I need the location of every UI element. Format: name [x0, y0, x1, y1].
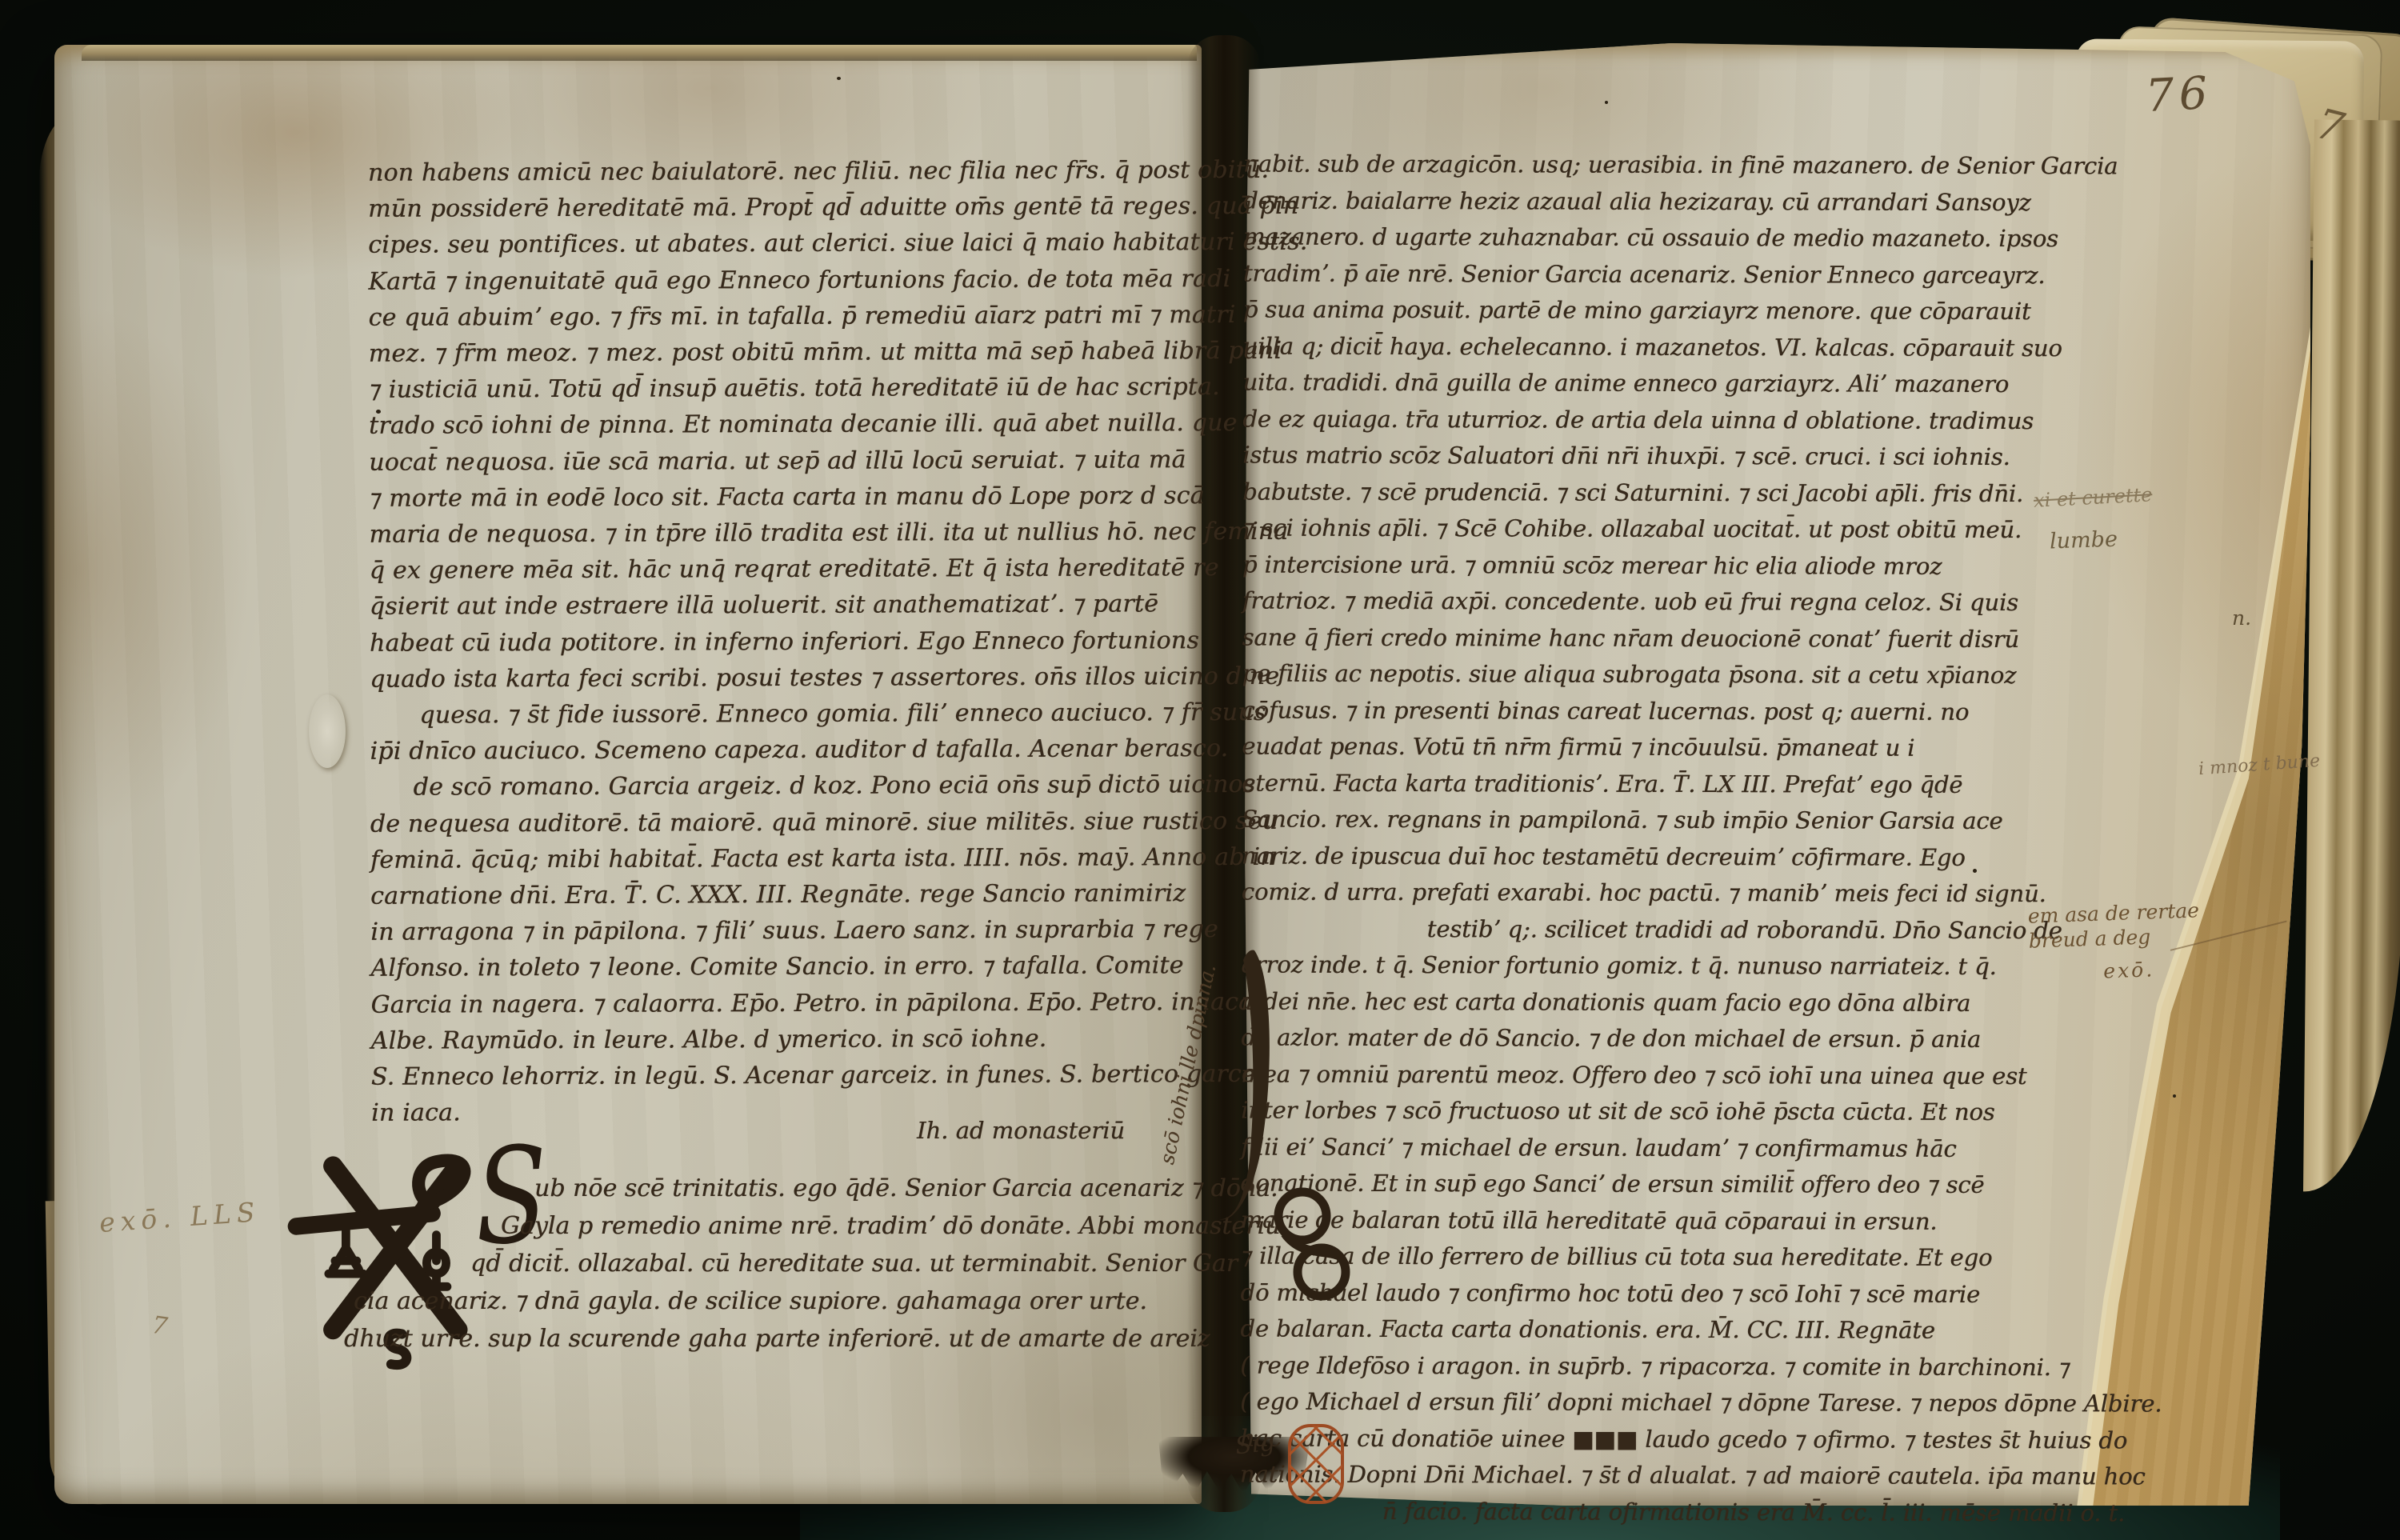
manuscript-text-line: de nequesa auditorē. tā maiorē. quā mino… — [370, 803, 1194, 842]
manuscript-text-line: Garcia in nagera. ⁊ calaorra. Ep̄o. Petr… — [371, 984, 1195, 1023]
manuscript-text-line: Gayla p remedio anime nrē. tradimʼ dō do… — [501, 1207, 1200, 1245]
manuscript-text-line: ( ego Michael d ersun filiʼ dopni michae… — [1240, 1384, 2144, 1422]
left-page-text-block: non habens amicū nec baiulatorē. nec fil… — [368, 152, 1195, 1131]
manuscript-text-line: ip̄i dnīco auciuco. Scemeno capeza. audi… — [370, 730, 1194, 770]
manuscript-text-line: nariz. de ipuscua duī hoc testamētū decr… — [1242, 838, 2146, 876]
manuscript-text-line: donationē. Et in sup̄ ego Sanciʼ de ersu… — [1241, 1166, 2145, 1204]
manuscript-text-line: q̄sierit aut inde estraere illā uoluerit… — [370, 586, 1194, 626]
manuscript-text-line: cia acenariz. ⁊ dnā gayla. de scilice su… — [354, 1282, 1200, 1320]
manuscript-text-line: Alfonso. in toleto ⁊ leone. Comite Sanci… — [370, 948, 1194, 987]
manuscript-text-line: uocat̄ nequosa. iūe scā maria. ut sep̄ a… — [369, 442, 1193, 481]
j-initial-shape — [1219, 950, 1270, 1220]
manuscript-text-line: de azlor. mater de dō Sancio. ⁊ de don m… — [1241, 1020, 2145, 1058]
manuscript-text-line: ce quā abuimʼ ego. ⁊ fr̄s mī. in tafalla… — [369, 297, 1193, 336]
ink-speck — [2173, 1094, 2176, 1098]
manuscript-text-line: q̄ ex genere mēa sit. hāc unq̄ reqrat er… — [370, 550, 1194, 589]
manuscript-text-line: in arragona ⁊ in pāpilona. ⁊ filiʼ suus.… — [370, 911, 1194, 950]
manuscript-text-line: dō michael laudo ⁊ confirmo hoc totū deo… — [1240, 1274, 2144, 1313]
manuscript-photo: non habens amicū nec baiulatorē. nec fil… — [0, 0, 2400, 1540]
sig-label: Sig — [1234, 1429, 1276, 1461]
manuscript-text-line: nationis. Dopni Dn̄i Michael. ⁊ s̄t d al… — [1240, 1457, 2144, 1495]
manuscript-text-line: dhuzt urre. sup la scurende gaha parte i… — [344, 1320, 1200, 1358]
small-margin-mark: n. — [2232, 606, 2251, 630]
manuscript-text-line: p̄ sua anima posuit. partē de mino garzi… — [1243, 292, 2147, 330]
manuscript-text-line: quesa. ⁊ s̄t fide iussorē. Enneco gomia.… — [419, 694, 1194, 734]
manuscript-text-line: ⁊ sci iohnis ap̄li. ⁊ Scē Cohibe. ollaza… — [1242, 510, 2146, 549]
s-knot-monogram-icon — [1261, 1182, 1363, 1309]
manuscript-text-line: maria de nequosa. ⁊ in tp̄re illō tradit… — [369, 514, 1193, 553]
manuscript-text-line: pe filiis ac nepotis. siue aliqua subrog… — [1242, 656, 2146, 694]
manuscript-text-line: Kartā ⁊ ingenuitatē quā ego Enneco fortu… — [368, 261, 1192, 300]
manuscript-text-line: nabit. sub de arzagicōn. usq; uerasibia.… — [1243, 146, 2147, 185]
red-lattice-signum-icon — [1286, 1422, 1346, 1506]
manuscript-text-line: Sancio. rex. regnans in pampilonā. ⁊ sub… — [1242, 802, 2146, 840]
manuscript-text-line: uilla q; dicit̄ haya. echelecanno. i maz… — [1243, 328, 2147, 366]
manuscript-text-line: euadat penas. Votū tn̄ nr̄m firmū ⁊ incō… — [1242, 729, 2146, 767]
manuscript-text-line: babutste. ⁊ scē prudenciā. ⁊ sci Saturni… — [1242, 474, 2146, 512]
manuscript-text-line: sane q̄ fieri credo minime hanc nr̄am de… — [1242, 619, 2146, 658]
ink-speck — [837, 77, 841, 80]
manuscript-text-line: de balaran. Facta carta donationis. era.… — [1240, 1311, 2144, 1350]
ink-speck — [1605, 101, 1608, 104]
manuscript-text-line: marie de balaran totū illā hereditatē qu… — [1241, 1202, 2145, 1240]
manuscript-text-line: feminā. q̄cūq; mibi habitat̄. Facta est … — [370, 839, 1194, 878]
manuscript-text-line: p̄ intercisione urā. ⁊ omniū scōz merear… — [1242, 546, 2146, 585]
parchment-flaw-notch — [309, 694, 346, 768]
left-page-section-text: ub nōe scē trinitatis. ego q̄dē. Senior … — [344, 1170, 1200, 1358]
manuscript-text-line: n̄ facio. facta carta ofirmationis era M… — [1382, 1493, 2144, 1531]
faint-margin-word: lumbe — [2049, 527, 2118, 554]
manuscript-text-line: habeat cū iuda potitore. in inferno infe… — [370, 622, 1194, 662]
manuscript-text-line: eternū. Facta karta traditionisʼ. Era. T… — [1242, 765, 2146, 803]
folio-number: 76 — [2144, 67, 2214, 122]
manuscript-text-line: cōfusus. ⁊ in presenti binas careat luce… — [1242, 692, 2146, 730]
manuscript-text-line: ub nōe scē trinitatis. ego q̄dē. Senior … — [534, 1170, 1200, 1207]
manuscript-text-line: inter lorbes ⁊ scō fructuoso ut sit de s… — [1241, 1093, 2145, 1131]
manuscript-text-line: mazanero. d ugarte zuhaznabar. cū ossaui… — [1243, 219, 2147, 258]
manuscript-text-line: filii eiʼ Sanciʼ ⁊ michael de ersun. lau… — [1241, 1129, 2145, 1167]
manuscript-text-line: mea ⁊ omniū parentū meoz. Offero deo ⁊ s… — [1241, 1056, 2145, 1094]
manuscript-text-line: mūn possiderē hereditatē mā. Propt̄ qd̄ … — [368, 188, 1192, 227]
manuscript-text-line: quado ista karta feci scribi. posui test… — [370, 658, 1194, 698]
manuscript-text-line: denariz. baialarre heziz azaual alia hez… — [1243, 182, 2147, 221]
manuscript-text-line: hac carta cū donatiōe uinee ■■■ laudo gc… — [1240, 1420, 2144, 1458]
ink-speck — [1973, 869, 1977, 873]
manuscript-text-line: ⁊ morte mā in eodē loco sit. Facta carta… — [369, 478, 1193, 517]
manuscript-text-line: mez. ⁊ fr̄m meoz. ⁊ mez. post obitū mn̄m… — [369, 333, 1193, 372]
manuscript-text-line: arroz inde. t q̄. Senior fortunio gomiz.… — [1242, 947, 2146, 986]
manuscript-text-line: ( rege Ildefōso i aragon. in sup̄rb. ⁊ r… — [1240, 1347, 2144, 1386]
right-page-text-block: nabit. sub de arzagicōn. usq; uerasibia.… — [1240, 146, 2148, 1532]
manuscript-text-line: ⁊ iusticiā unū. Totū qd̄ insup̄ auētis. … — [369, 369, 1193, 408]
manuscript-text-line: trado scō iohni de pinna. Et nominata de… — [369, 406, 1193, 445]
manuscript-text-line: non habens amicū nec baiulatorē. nec fil… — [368, 152, 1192, 191]
manuscript-text-line: n dei nn̄e. hec est carta donationis qua… — [1241, 983, 2145, 1022]
manuscript-text-line: ⁊ illa casa de illo ferrero de billius c… — [1241, 1238, 2145, 1277]
manuscript-text-line: S. Enneco lehorriz. in legū. S. Acenar g… — [371, 1056, 1195, 1095]
right-folio-edges — [2303, 119, 2400, 1192]
manuscript-text-line: comiz. d urra. prefati exarabi. hoc pact… — [1242, 874, 2146, 913]
manuscript-text-line: istus matrio scōz Saluatori dn̄i nr̄i ih… — [1242, 438, 2146, 476]
manuscript-text-line: uita. tradidi. dnā guilla de anime ennec… — [1242, 365, 2146, 403]
ink-speck — [376, 410, 381, 414]
manuscript-text-line: fratrioz. ⁊ mediā axp̄i. concedente. uob… — [1242, 583, 2146, 622]
manuscript-text-line: qd̄ dicit̄. ollazabal. cū hereditate sua… — [470, 1245, 1200, 1282]
manuscript-text-line: cipes. seu pontifices. ut abates. aut cl… — [368, 225, 1192, 264]
manuscript-text-line: Albe. Raymūdo. in leure. Albe. d ymerico… — [371, 1020, 1195, 1059]
manuscript-text-line: de ez quiaga. tr̄a uturrioz. de artia de… — [1242, 401, 2146, 439]
ad-monasterium-note: Ih. ad monasteriū — [917, 1117, 1125, 1144]
manuscript-text-line: carnatione dn̄i. Era. T̄. C. XXX. III. R… — [370, 875, 1194, 914]
manuscript-text-line: de scō romano. Garcia argeiz. d koz. Pon… — [414, 767, 1194, 806]
manuscript-text-line: tradimʼ. p̄ aīe nrē. Senior Garcia acena… — [1243, 255, 2147, 294]
